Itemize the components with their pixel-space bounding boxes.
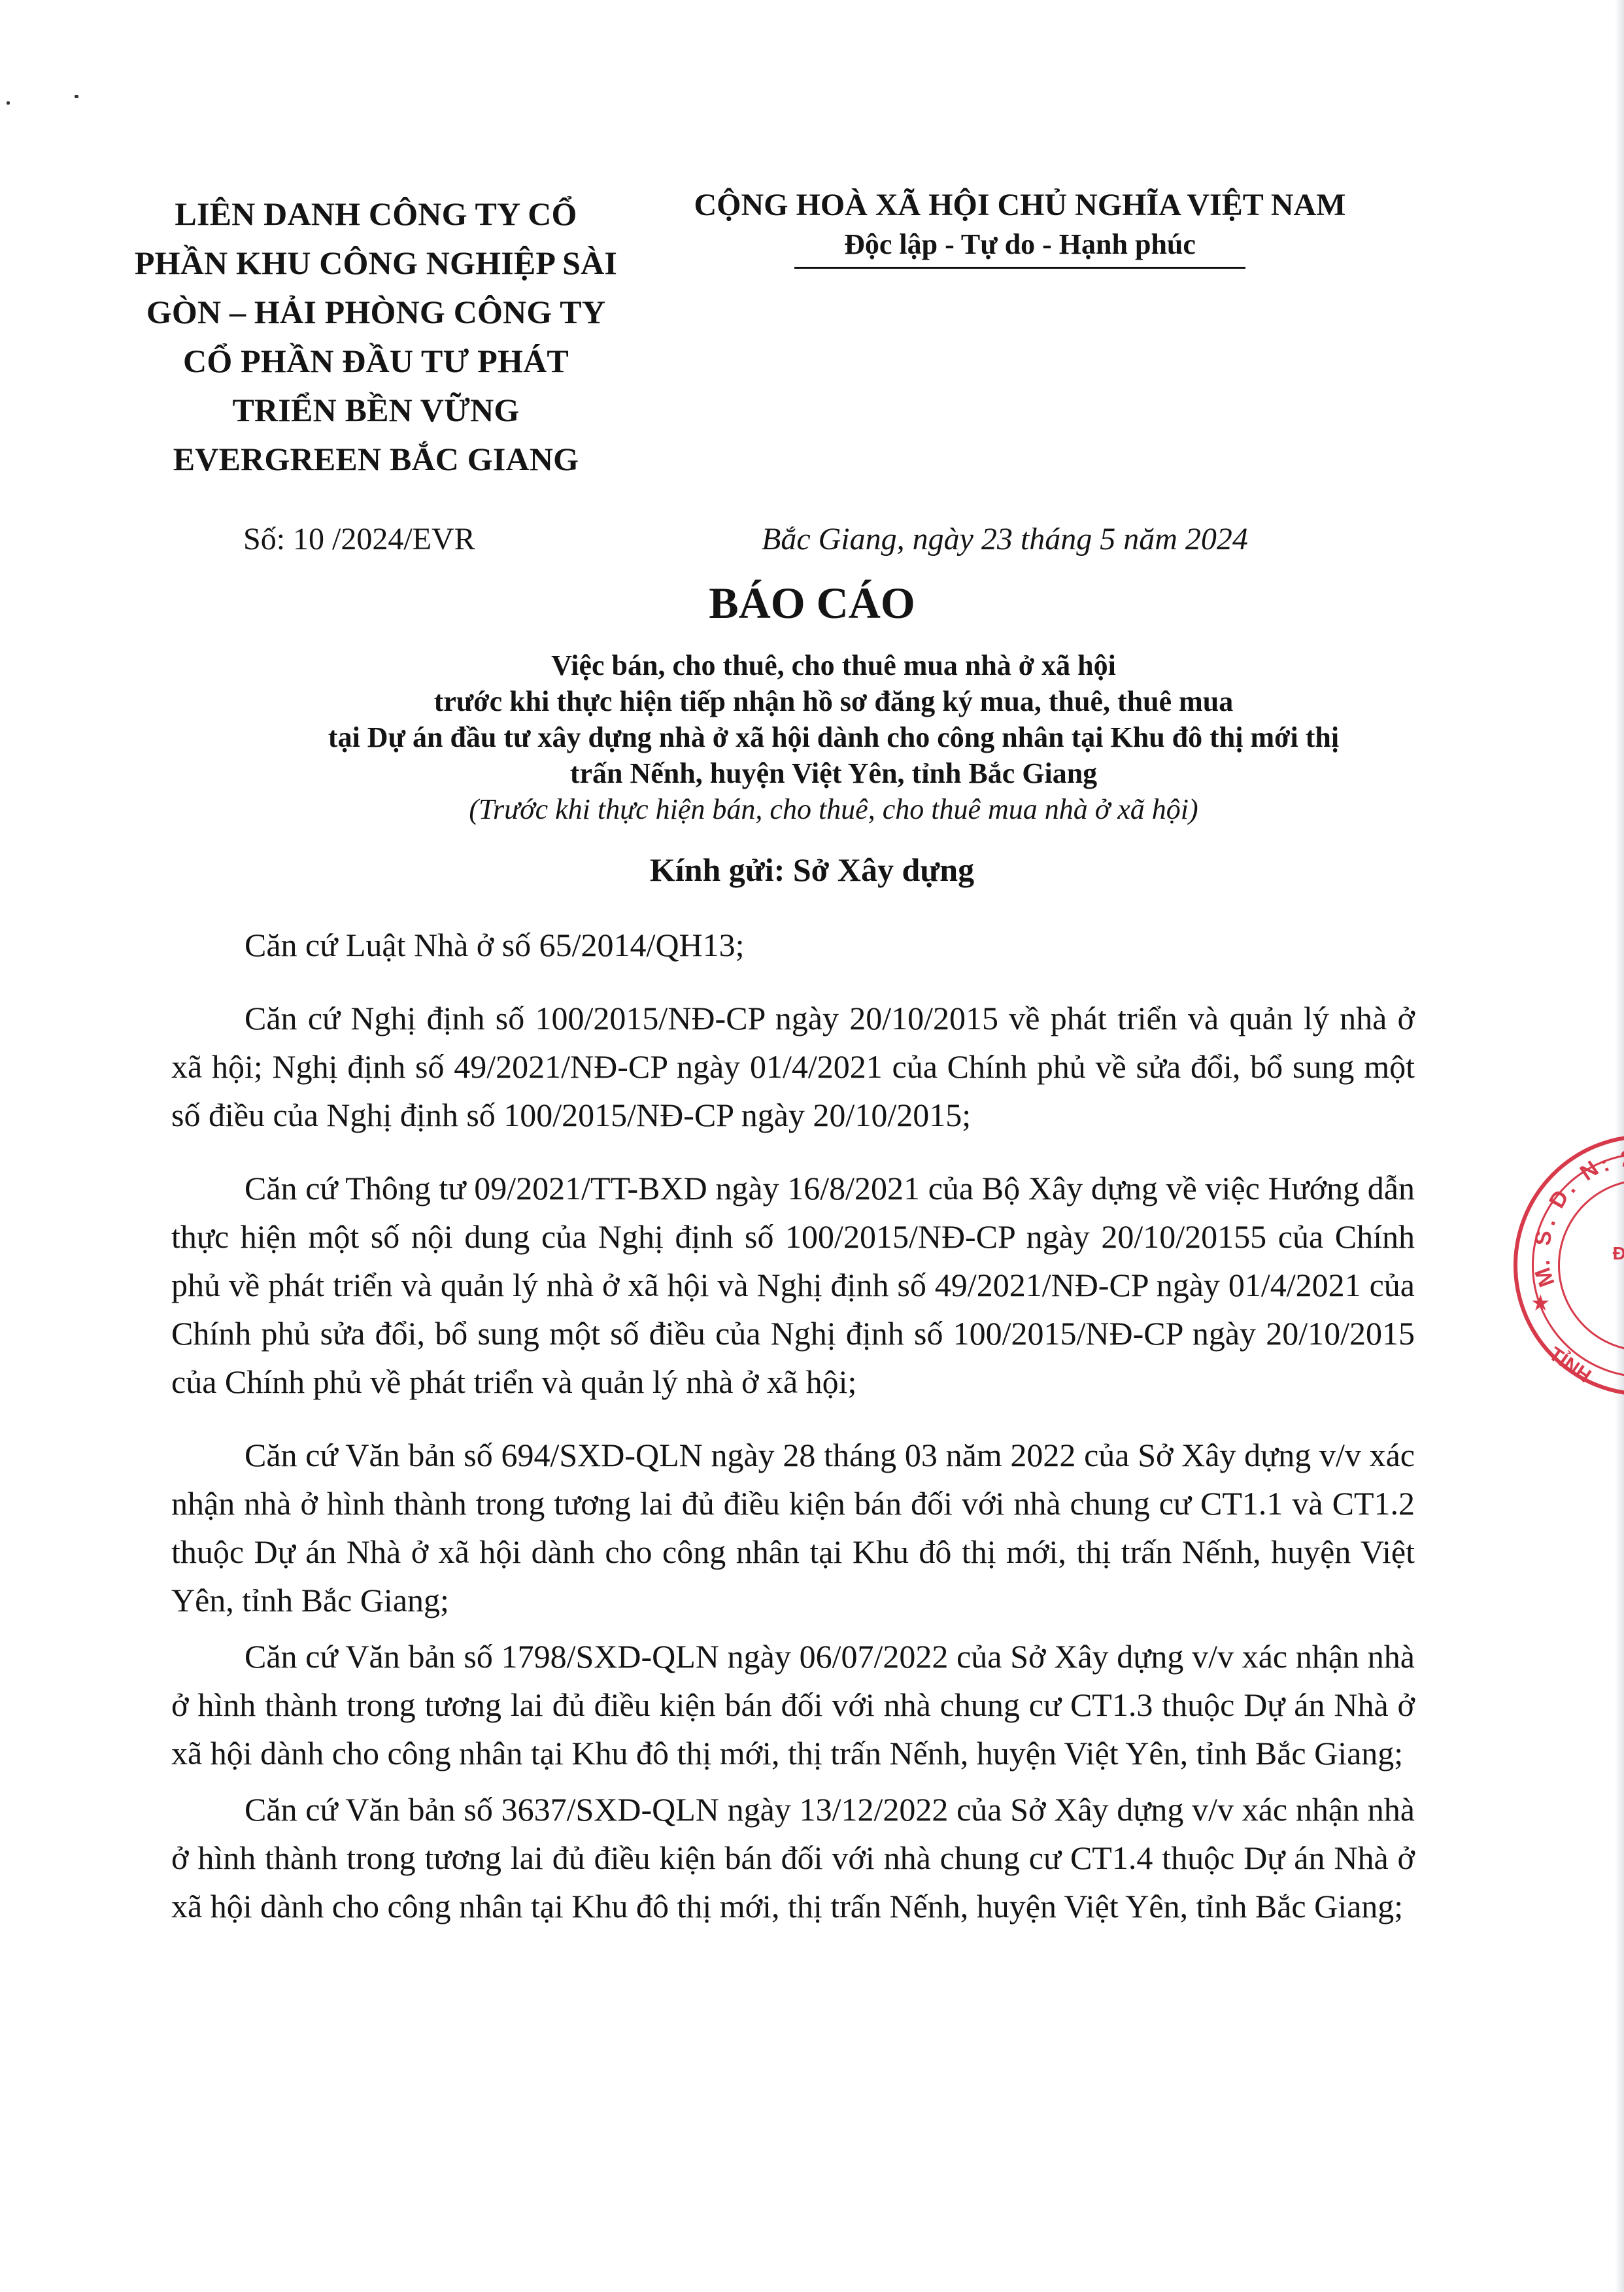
legal-basis-paragraph: Căn cứ Nghị định số 100/2015/NĐ-CP ngày … bbox=[171, 994, 1415, 1139]
org-line: EVERGREEN BẮC GIANG bbox=[121, 435, 631, 484]
company-seal: M.S.D.N:24009 ★ CÔ CÔ ĐẦU TƯ BỀ EV B TỈN… bbox=[1514, 1135, 1624, 1396]
seal-text: B bbox=[1563, 1319, 1624, 1346]
issuing-organization: LIÊN DANH CÔNG TY CỔ PHẦN KHU CÔNG NGHIỆ… bbox=[121, 190, 631, 484]
scan-speck bbox=[7, 101, 10, 105]
nation-title: CỘNG HOÀ XÃ HỘI CHỦ NGHĨA VIỆT NAM bbox=[660, 184, 1379, 226]
legal-basis-paragraph: Căn cứ Thông tư 09/2021/TT-BXD ngày 16/8… bbox=[171, 1164, 1415, 1406]
org-line: PHẦN KHU CÔNG NGHIỆP SÀI bbox=[121, 239, 631, 288]
nation-motto: Độc lập - Tự do - Hạnh phúc bbox=[844, 226, 1196, 263]
subject-note: (Trước khi thực hiện bán, cho thuê, cho … bbox=[235, 791, 1432, 827]
legal-basis-paragraph: Căn cứ Văn bản số 694/SXD-QLN ngày 28 th… bbox=[171, 1431, 1415, 1624]
document-number: Số: 10 /2024/EVR bbox=[243, 520, 475, 559]
seal-ring-char: S bbox=[1531, 1229, 1557, 1246]
legal-basis-paragraph: Căn cứ Luật Nhà ở số 65/2014/QH13; bbox=[171, 921, 1415, 969]
legal-basis-paragraph: Căn cứ Văn bản số 3637/SXD-QLN ngày 13/1… bbox=[171, 1785, 1415, 1930]
report-subject: Việc bán, cho thuê, cho thuê mua nhà ở x… bbox=[235, 647, 1432, 827]
org-line: TRIỂN BỀN VỮNG bbox=[121, 386, 631, 435]
seal-text: CÔ bbox=[1563, 1220, 1624, 1242]
seal-text: BỀ bbox=[1563, 1267, 1624, 1288]
document-body: Căn cứ Luật Nhà ở số 65/2014/QH13; Căn c… bbox=[171, 921, 1415, 1930]
subject-line: tại Dự án đầu tư xây dựng nhà ở xã hội d… bbox=[235, 719, 1432, 755]
org-line: LIÊN DANH CÔNG TY CỔ bbox=[121, 190, 631, 239]
star-icon: ★ bbox=[1531, 1290, 1550, 1316]
org-line: GÒN – HẢI PHÒNG CÔNG TY bbox=[121, 288, 631, 337]
org-line: CỔ PHẦN ĐẦU TƯ PHÁT bbox=[121, 337, 631, 386]
motto-underline bbox=[794, 267, 1245, 269]
seal-text: CÔ bbox=[1563, 1196, 1624, 1218]
seal-text: EV bbox=[1563, 1288, 1624, 1318]
national-header: CỘNG HOÀ XÃ HỘI CHỦ NGHĨA VIỆT NAM Độc l… bbox=[660, 184, 1379, 269]
place-and-date: Bắc Giang, ngày 23 tháng 5 năm 2024 bbox=[762, 520, 1248, 559]
subject-line: trước khi thực hiện tiếp nhận hồ sơ đăng… bbox=[235, 683, 1432, 719]
subject-line: trấn Nếnh, huyện Việt Yên, tỉnh Bắc Gian… bbox=[235, 755, 1432, 791]
seal-text: ĐẦU TƯ bbox=[1563, 1243, 1624, 1264]
scan-speck bbox=[75, 95, 78, 98]
report-title: BÁO CÁO bbox=[0, 577, 1624, 629]
legal-basis-paragraph: Căn cứ Văn bản số 1798/SXD-QLN ngày 06/0… bbox=[171, 1632, 1415, 1777]
recipient: Kính gửi: Sở Xây dựng bbox=[0, 850, 1624, 889]
subject-line: Việc bán, cho thuê, cho thuê mua nhà ở x… bbox=[235, 647, 1432, 683]
